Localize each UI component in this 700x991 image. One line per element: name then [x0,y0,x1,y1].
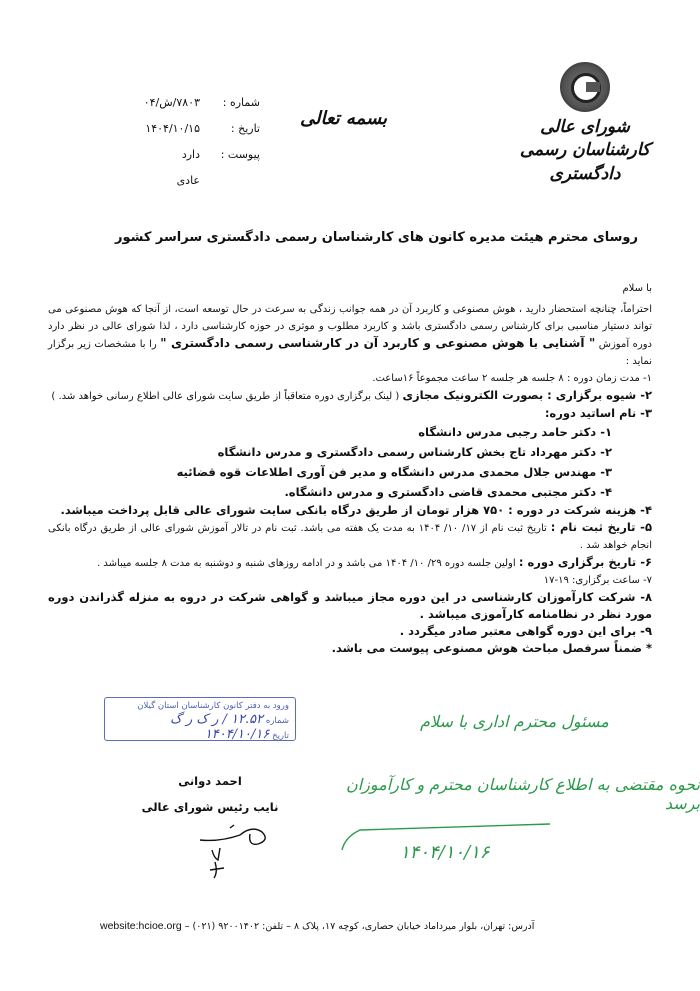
stamp-number-row: شماره ۱۲.۵۲ / ر ک ر گ [111,713,289,728]
meta-label [212,168,260,194]
org-name-line2: کارشناسان رسمی دادگستری [510,138,660,186]
footer: آدرس: تهران، بلوار میرداماد خیابان حصاری… [100,920,534,932]
attachment-note: * ضمناً سرفصل مباحث هوش مصنوعی پیوست می … [48,640,652,657]
org-name-line1: شورای عالی [510,116,660,138]
teachers-list: ۱- دکتر حامد رجبی مدرس دانشگاه ۲- دکتر م… [48,422,652,502]
intro-paragraph: احتراماً، چنانچه استحضار دارید ، هوش مصن… [48,301,652,370]
receipt-stamp: ورود به دفتر کانون کارشناسان استان گیلان… [104,697,296,741]
item-schedule: ۶- تاریخ برگزاری دوره : اولین جلسه دوره … [48,554,652,572]
letter-meta: شماره : ۷۸۰۳/ش/۰۴ تاریخ : ۱۴۰۴/۱۰/۱۵ پیو… [144,90,260,194]
letter-body: با سلام احتراماً، چنانچه استحضار دارید ،… [48,280,652,657]
meta-value: ۷۸۰۳/ش/۰۴ [144,90,200,116]
item-trainees: ۸- شرکت کارآموزان کارشناسی در این دوره م… [48,589,652,623]
signature-scribble-icon [190,820,280,880]
item-method-detail: ( لینک برگزاری دوره متعاقباً از طریق سای… [51,391,399,402]
teacher-item: ۱- دکتر حامد رجبی مدرس دانشگاه [48,422,612,442]
footer-address: آدرس: تهران، بلوار میرداماد خیابان حصاری… [185,921,535,932]
addressee: روسای محترم هیئت مدیره کانون های کارشناس… [115,230,638,245]
item-registration: ۵- تاریخ ثبت نام : تاریخ ثبت نام از ۱۷/ … [48,519,652,554]
item-duration: ۱- مدت زمان دوره : ۸ جلسه هر جلسه ۲ ساعت… [48,370,652,387]
teacher-item: ۳- مهندس جلال محمدی مدرس دانشگاه و مدیر … [48,462,612,482]
signer-name: احمد دوانی [140,768,280,794]
org-logo-block: شورای عالی کارشناسان رسمی دادگستری [510,62,660,186]
stamp-date-label: تاریخ [272,731,289,741]
signer-title: نایب رئیس شورای عالی [140,794,280,820]
footer-website: website:hcioe.org [100,920,182,932]
stamp-date-row: تاریخ ۱۴۰۴/۱۰/۱۶ [111,728,289,743]
meta-value: دارد [182,142,200,168]
handwritten-note-line1: مسئول محترم اداری با سلام [420,712,609,731]
greeting: با سلام [48,280,652,297]
meta-label: پیوست : [212,142,260,168]
handwritten-note-line2: نحوه مقتضی به اطلاع کارشناسان محترم و کا… [340,775,700,813]
item-hours: ۷- ساعت برگزاری: ۱۹-۱۷ [48,572,652,589]
signature-block: احمد دوانی نایب رئیس شورای عالی [140,768,280,820]
teacher-item: ۲- دکتر مهرداد تاج بخش کارشناس رسمی دادگ… [48,442,612,462]
meta-label: شماره : [212,90,260,116]
bismillah: بسمه تعالی [300,108,387,129]
meta-date: تاریخ : ۱۴۰۴/۱۰/۱۵ [144,116,260,142]
stamp-number-value: ۱۲.۵۲ / ر ک ر گ [170,712,263,727]
teacher-item: ۴- دکتر مجتبی محمدی قاضی دادگستری و مدرس… [48,482,612,502]
handwritten-date: ۱۴۰۴/۱۰/۱۶ [400,842,489,863]
item-fee: ۴- هزینه شرکت در دوره : ۷۵۰ هزار تومان ا… [48,502,652,519]
item-method: ۲- شیوه برگزاری : بصورت الکترونیک مجازی … [48,387,652,405]
item-registration-label: ۵- تاریخ ثبت نام : [551,520,652,534]
org-emblem-icon [560,62,610,112]
stamp-number-label: شماره [266,716,289,726]
stamp-date-value: ۱۴۰۴/۱۰/۱۶ [205,727,270,742]
item-schedule-label: ۶- تاریخ برگزاری دوره : [519,555,652,569]
item-schedule-detail: اولین جلسه دوره ۲۹/ ۱۰/ ۱۴۰۴ می باشد و د… [97,558,516,569]
item-method-label: ۲- شیوه برگزاری : بصورت الکترونیک مجازی [403,388,653,402]
meta-value: ۱۴۰۴/۱۰/۱۵ [145,116,200,142]
course-title: " آشنایی با هوش مصنوعی و کاربرد آن در کا… [160,336,595,350]
meta-label: تاریخ : [212,116,260,142]
item-teachers-heading: ۳- نام اساتید دوره: [48,405,652,422]
meta-classification: عادی [144,168,260,194]
item-certificate: ۹- برای این دوره گواهی معتبر صادر میگردد… [48,623,652,640]
meta-attachment: پیوست : دارد [144,142,260,168]
meta-number: شماره : ۷۸۰۳/ش/۰۴ [144,90,260,116]
meta-value: عادی [177,168,200,194]
